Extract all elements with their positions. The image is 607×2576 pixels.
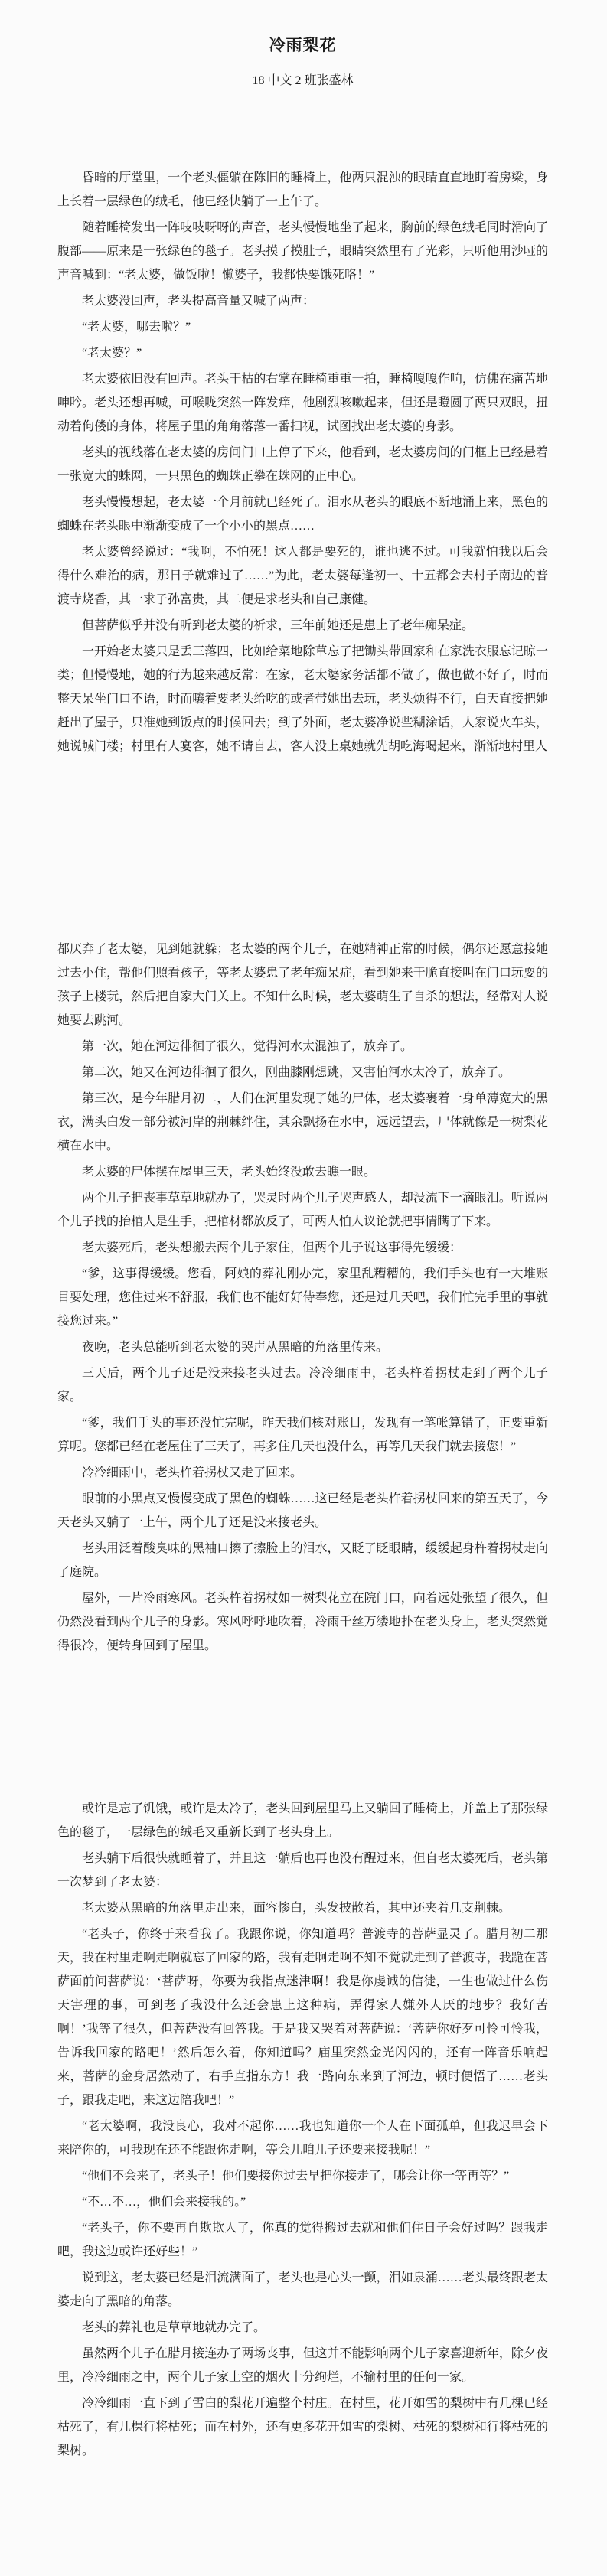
paragraph: 屋外，一片冷雨寒风。老头杵着拐杖如一树梨花立在院门口，向着远处张望了很久，但仍然… bbox=[57, 1586, 548, 1658]
paragraph: 老头的葬礼也是草草地就办完了。 bbox=[57, 2316, 548, 2340]
paragraph: 老太婆从黑暗的角落里走出来，面容惨白，头发披散着，其中还夹着几支荆棘。 bbox=[57, 1896, 548, 1920]
paragraph: 第三次，是今年腊月初二，人们在河里发现了她的尸体，老太婆裹着一身单薄宽大的黑衣，… bbox=[57, 1087, 548, 1158]
paragraph: 一开始老太婆只是丢三落四，比如给菜地除草忘了把锄头带回家和在家洗衣服忘记晾一类；… bbox=[57, 640, 548, 758]
paragraph: “爹，我们手头的事还没忙完呢，昨天我们核对账目，发现有一笔帐算错了，正要重新算呢… bbox=[57, 1411, 548, 1459]
paragraph: 老太婆依旧没有回声。老头干枯的右掌在睡椅重重一拍，睡椅嘎嘎作响，仿佛在痛苦地呻吟… bbox=[57, 367, 548, 439]
paragraph: 老太婆没回声，老头提高音量又喊了两声： bbox=[57, 289, 548, 313]
paragraph: 老太婆曾经说过：“我啊，不怕死！这人都是要死的，谁也逃不过。可我就怕我以后会得什… bbox=[57, 540, 548, 611]
paragraph: 冷冷细雨中，老头杵着拐杖又走了回来。 bbox=[57, 1461, 548, 1485]
paragraph: “老头子，你不要再自欺欺人了，你真的觉得搬过去就和他们住日子会好过吗？跟我走吧，… bbox=[57, 2216, 548, 2264]
page-1: 冷雨梨花 18 中文 2 班张盛林 昏暗的厅堂里，一个老头僵躺在陈旧的睡椅上，他… bbox=[0, 0, 607, 859]
paragraph: 老太婆的尸体摆在屋里三天，老头始终没敢去瞧一眼。 bbox=[57, 1160, 548, 1184]
paragraph: “老太婆啊，我没良心，我对不起你……我也知道你一个人在下面孤单，但我迟早会下来陪… bbox=[57, 2115, 548, 2162]
document-byline: 18 中文 2 班张盛林 bbox=[57, 73, 548, 90]
paragraph: 但菩萨似乎并没有听到老太婆的祈求，三年前她还是患上了老年痴呆症。 bbox=[57, 614, 548, 637]
paragraph: 昏暗的厅堂里，一个老头僵躺在陈旧的睡椅上，他两只混浊的眼睛直直地盯着房梁，身上长… bbox=[57, 166, 548, 214]
paragraph: 老头慢慢想起，老太婆一个月前就已经死了。泪水从老头的眼底不断地涌上来，黑色的蜘蛛… bbox=[57, 491, 548, 538]
paragraph: 两个儿子把丧事草草地就办了，哭灵时两个儿子哭声感人，却没流下一滴眼泪。听说两个儿… bbox=[57, 1186, 548, 1234]
paragraph: 随着睡椅发出一阵吱吱呀呀的声音，老头慢慢地坐了起来，胸前的绿色绒毛同时滑向了腹部… bbox=[57, 216, 548, 287]
paragraph: 眼前的小黑点又慢慢变成了黑色的蜘蛛……这已经是老头杵着拐杖回来的第五天了，今天老… bbox=[57, 1487, 548, 1534]
paragraph: 说到这，老太婆已经是泪流满面了，老头也是心头一颤，泪如泉涌……老头最终跟老太婆走… bbox=[57, 2266, 548, 2314]
paragraph: 第二次，她又在河边徘徊了很久，刚曲膝刚想跳，又害怕河水太冷了，放弃了。 bbox=[57, 1061, 548, 1084]
paragraph: 老头用泛着酸臭味的黑袖口擦了擦脸上的泪水，又眨了眨眼睛，缓缓起身杵着拐杖走向了庭… bbox=[57, 1537, 548, 1584]
paragraph: “老头子，你终于来看我了。我跟你说，你知道吗？普渡寺的菩萨显灵了。腊月初二那天，… bbox=[57, 1922, 548, 2112]
paragraph: 夜晚，老头总能听到老太婆的哭声从黑暗的角落里传来。 bbox=[57, 1335, 548, 1359]
paragraph: “爹，这事得缓缓。您看，阿娘的葬礼刚办完，家里乱糟糟的，我们手头也有一大堆账目要… bbox=[57, 1262, 548, 1333]
paragraph: “老太婆，哪去啦？” bbox=[57, 315, 548, 339]
paragraph: 都厌弃了老太婆，见到她就躲；老太婆的两个儿子，在她精神正常的时候，偶尔还愿意接她… bbox=[57, 937, 548, 1032]
paragraph: “老太婆？” bbox=[57, 341, 548, 365]
page-2: 都厌弃了老太婆，见到她就躲；老太婆的两个儿子，在她精神正常的时候，偶尔还愿意接她… bbox=[0, 859, 607, 1717]
paragraph: 冷冷细雨一直下到了雪白的梨花开遍整个村庄。在村里，花开如雪的梨树中有几棵已经枯死… bbox=[57, 2392, 548, 2463]
page-3: 或许是忘了饥饿，或许是太冷了，老头回到屋里马上又躺回了睡椅上，并盖上了那张绿色的… bbox=[0, 1717, 607, 2576]
paragraph: 第一次，她在河边徘徊了很久，觉得河水太混浊了，放弃了。 bbox=[57, 1035, 548, 1058]
paragraph: 老太婆死后，老头想搬去两个儿子家住，但两个儿子说这事得先缓缓： bbox=[57, 1236, 548, 1260]
paragraph: “不…不…，他们会来接我的。” bbox=[57, 2190, 548, 2214]
paragraph: 或许是忘了饥饿，或许是太冷了，老头回到屋里马上又躺回了睡椅上，并盖上了那张绿色的… bbox=[57, 1797, 548, 1844]
paragraph: 三天后，两个儿子还是没来接老头过去。冷冷细雨中，老头杵着拐杖走到了两个儿子家。 bbox=[57, 1361, 548, 1409]
paragraph: 虽然两个儿子在腊月接连办了两场丧事，但这并不能影响两个儿子家喜迎新年，除夕夜里，… bbox=[57, 2342, 548, 2389]
paragraph: 老头躺下后很快就睡着了，并且这一躺后也再也没有醒过来，但自老太婆死后，老头第一次… bbox=[57, 1847, 548, 1894]
paragraph: 老头的视线落在老太婆的房间门口上停了下来，他看到，老太婆房间的门框上已经悬着一张… bbox=[57, 441, 548, 488]
paragraph: “他们不会来了，老头子！他们要接你过去早把你接走了，哪会让你一等再等？” bbox=[57, 2164, 548, 2188]
document-title: 冷雨梨花 bbox=[57, 34, 548, 57]
